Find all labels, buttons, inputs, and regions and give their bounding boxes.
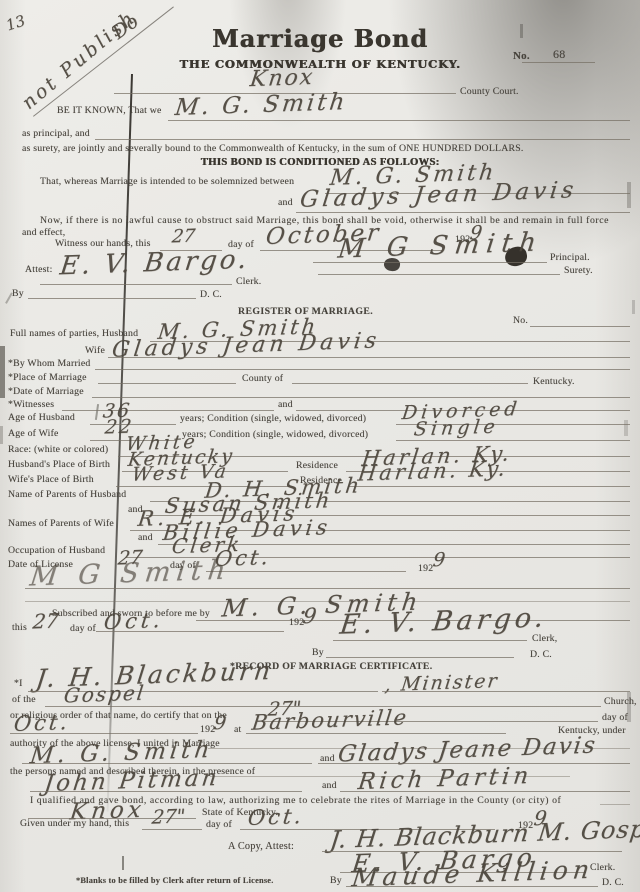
blank-line (108, 357, 630, 358)
county-of-label: County of (242, 373, 283, 384)
blank-line (313, 262, 547, 263)
dc-label: D. C. (602, 877, 624, 888)
blank-line (246, 733, 506, 734)
residence-husband-label: Residence (296, 460, 338, 471)
license-signature: M G Smith (28, 554, 233, 592)
and-label: and (278, 399, 293, 410)
blank-line (95, 139, 630, 140)
blank-line (206, 571, 406, 572)
blank-line (30, 791, 302, 792)
surety-clause: as surety, are jointly and severally bou… (22, 143, 524, 154)
principal-name-handwritten: M. G. Smith (173, 89, 348, 121)
by-label: By (330, 875, 342, 886)
certificate-year-digit: 9 (213, 712, 228, 735)
wife-birth-label: Wife's Place of Birth (8, 474, 94, 485)
and-label: and (138, 532, 153, 543)
sworn-day-value: 27 (32, 608, 60, 633)
blank-line (296, 212, 630, 213)
blank-line (45, 706, 601, 707)
blank-line (382, 691, 630, 692)
date-of-marriage-label: *Date of Marriage (8, 386, 84, 397)
blank-line (600, 804, 630, 805)
dc-label: D. C. (530, 649, 552, 660)
clerk-signature: E. V. Bargo. (58, 245, 251, 282)
certificate-witness1: John Pitman (42, 765, 221, 797)
i-label: *I (14, 678, 23, 689)
edge-mark (624, 420, 628, 436)
blank-line (95, 369, 630, 370)
county-name-handwritten: Knox (248, 65, 315, 92)
day-of-label: day of (602, 712, 628, 723)
clerk-label: Clerk. (236, 276, 261, 287)
blank-line (348, 486, 630, 487)
by-whom-married-label: *By Whom Married (8, 358, 90, 369)
husband-parents-label: Name of Parents of Husband (8, 489, 126, 500)
clerk-label: Clerk, (532, 633, 557, 644)
copy-attest-label: A Copy, Attest: (228, 841, 294, 852)
blank-line (346, 886, 598, 887)
church-label: Church, (604, 696, 637, 707)
blank-line (333, 640, 527, 641)
blank-line (318, 274, 560, 275)
blank-line (326, 657, 514, 658)
by-label: By (12, 288, 24, 299)
bond-day-handwritten: 27 (171, 226, 196, 248)
minister-label: , Minister (384, 670, 500, 696)
order-value: Gospel (63, 681, 147, 708)
occupation-label: Occupation of Husband (8, 545, 105, 556)
certificate-place-value: Barbourville (251, 705, 410, 735)
blank-line (28, 298, 196, 299)
witness-hands-label: Witness our hands, this (55, 238, 151, 249)
blank-line (292, 383, 528, 384)
kentucky-label: Kentucky. (533, 376, 575, 387)
and-effect-label: and effect, (22, 227, 65, 238)
wife-label: Wife (85, 345, 105, 356)
and-label: and (278, 197, 293, 208)
given-under-label: Given under my hand, this (20, 818, 129, 829)
given-month-value: Oct. (247, 804, 306, 830)
condition-husband-label: years; Condition (single, widowed, divor… (180, 413, 366, 424)
edge-mark (627, 182, 631, 208)
whereas-clause: That, whereas Marriage is intended to be… (40, 176, 294, 187)
given-day-value: 27" (151, 805, 187, 828)
day-of-label: day of (70, 623, 96, 634)
place-of-marriage-label: *Place of Marriage (8, 372, 87, 383)
condition-wife-label: years; Condition (single, widowed, divor… (182, 429, 368, 440)
blank-line (22, 763, 312, 764)
as-principal-label: as principal, and (22, 128, 90, 139)
surety-label: Surety. (564, 265, 593, 276)
sworn-clerk-signature: E. V. Bargo. (338, 602, 549, 640)
footnote: *Blanks to be filled by Clerk after retu… (76, 876, 274, 885)
age-wife-label: Age of Wife (8, 428, 59, 439)
document-page: 13 Do not Publish Marriage Bond No. 68 T… (0, 0, 640, 892)
blank-line (25, 588, 630, 589)
commonwealth-heading: THE COMMONWEALTH OF KENTUCKY. (0, 57, 640, 71)
dc-label: D. C. (200, 289, 222, 300)
blank-line (530, 326, 630, 327)
husband-birth-label: Husband's Place of Birth (8, 459, 110, 470)
wife-parents-label: Names of Parents of Wife (8, 518, 114, 529)
blank-line (10, 733, 198, 734)
blank-line (98, 383, 236, 384)
and-label: and (322, 780, 337, 791)
conditioned-heading: THIS BOND IS CONDITIONED AS FOLLOWS: (0, 157, 640, 168)
age-husband-label: Age of Husband (8, 412, 75, 423)
license-year-digit: 9 (432, 549, 447, 572)
county-court-label: County Court. (460, 86, 519, 97)
condition-wife-value: Single (413, 415, 500, 440)
day-of-label: day of (206, 819, 232, 830)
principal-label: Principal. (550, 252, 590, 263)
blank-line (62, 410, 274, 411)
blank-line (168, 120, 630, 121)
document-title: Marriage Bond (0, 24, 640, 53)
blank-line (142, 829, 202, 830)
pen-stroke (95, 404, 99, 420)
witnesses-label: *Witnesses (8, 399, 54, 410)
be-it-known-label: BE IT KNOWN, That we (57, 105, 162, 116)
of-the-label: of the (12, 694, 36, 705)
blank-line (40, 284, 232, 285)
edge-mark (0, 346, 5, 398)
by-label: By (312, 647, 324, 658)
blank-line (318, 763, 630, 764)
edge-mark (632, 300, 635, 314)
register-no-label: No. (513, 315, 528, 326)
at-label: at (234, 724, 241, 735)
fold-line-tick (122, 856, 124, 870)
blank-line (340, 791, 630, 792)
edge-mark (0, 426, 3, 444)
blank-line (96, 631, 284, 632)
attest-label: Attest: (25, 264, 53, 275)
residence-wife-value: Harlan. Ky. (357, 456, 510, 485)
sworn-year-digit: 9 (302, 604, 318, 629)
blank-line (92, 397, 630, 398)
certificate-groom-signature: M. G. Smith (28, 737, 214, 770)
this-label: this (12, 622, 27, 633)
race-label: Race: (white or colored) (8, 444, 108, 455)
